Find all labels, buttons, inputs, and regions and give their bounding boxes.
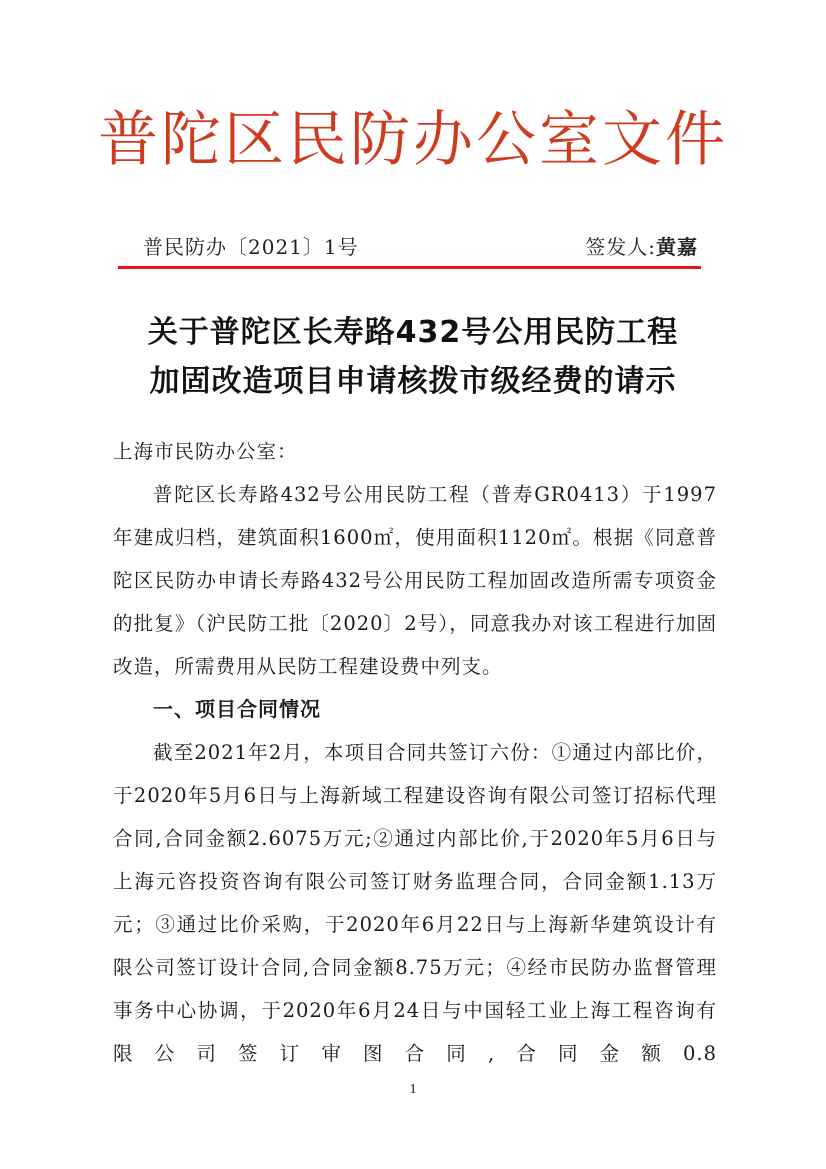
red-divider-rule — [118, 266, 701, 269]
document-body: 上海市民防办公室： 普陀区长寿路432号公用民防工程（普寿GR0413）于199… — [113, 430, 717, 1075]
masthead-title: 普陀区民防办公室文件 — [0, 100, 826, 180]
paragraph-contracts: 截至2021年2月，本项目合同共签订六份：①通过内部比价，于2020年5月6日与… — [113, 731, 717, 1075]
doc-info-line: 普民防办〔2021〕1号 签发人:黄嘉 — [143, 232, 698, 262]
document-page: 普陀区民防办公室文件 普民防办〔2021〕1号 签发人:黄嘉 关于普陀区长寿路4… — [0, 0, 826, 1169]
signer-label: 签发人: — [585, 235, 656, 259]
page-number: 1 — [0, 1082, 826, 1098]
document-title: 关于普陀区长寿路432号公用民防工程 加固改造项目申请核拨市级经费的请示 — [0, 308, 826, 406]
section-heading-contracts: 一、项目合同情况 — [113, 688, 717, 731]
addressee: 上海市民防办公室： — [113, 430, 717, 473]
signer: 签发人:黄嘉 — [585, 232, 698, 262]
signer-name: 黄嘉 — [656, 235, 698, 259]
doc-number: 普民防办〔2021〕1号 — [143, 232, 359, 262]
title-line-1: 关于普陀区长寿路432号公用民防工程 — [0, 308, 826, 357]
title-line-2: 加固改造项目申请核拨市级经费的请示 — [0, 357, 826, 406]
paragraph-background: 普陀区长寿路432号公用民防工程（普寿GR0413）于1997年建成归档，建筑面… — [113, 473, 717, 688]
